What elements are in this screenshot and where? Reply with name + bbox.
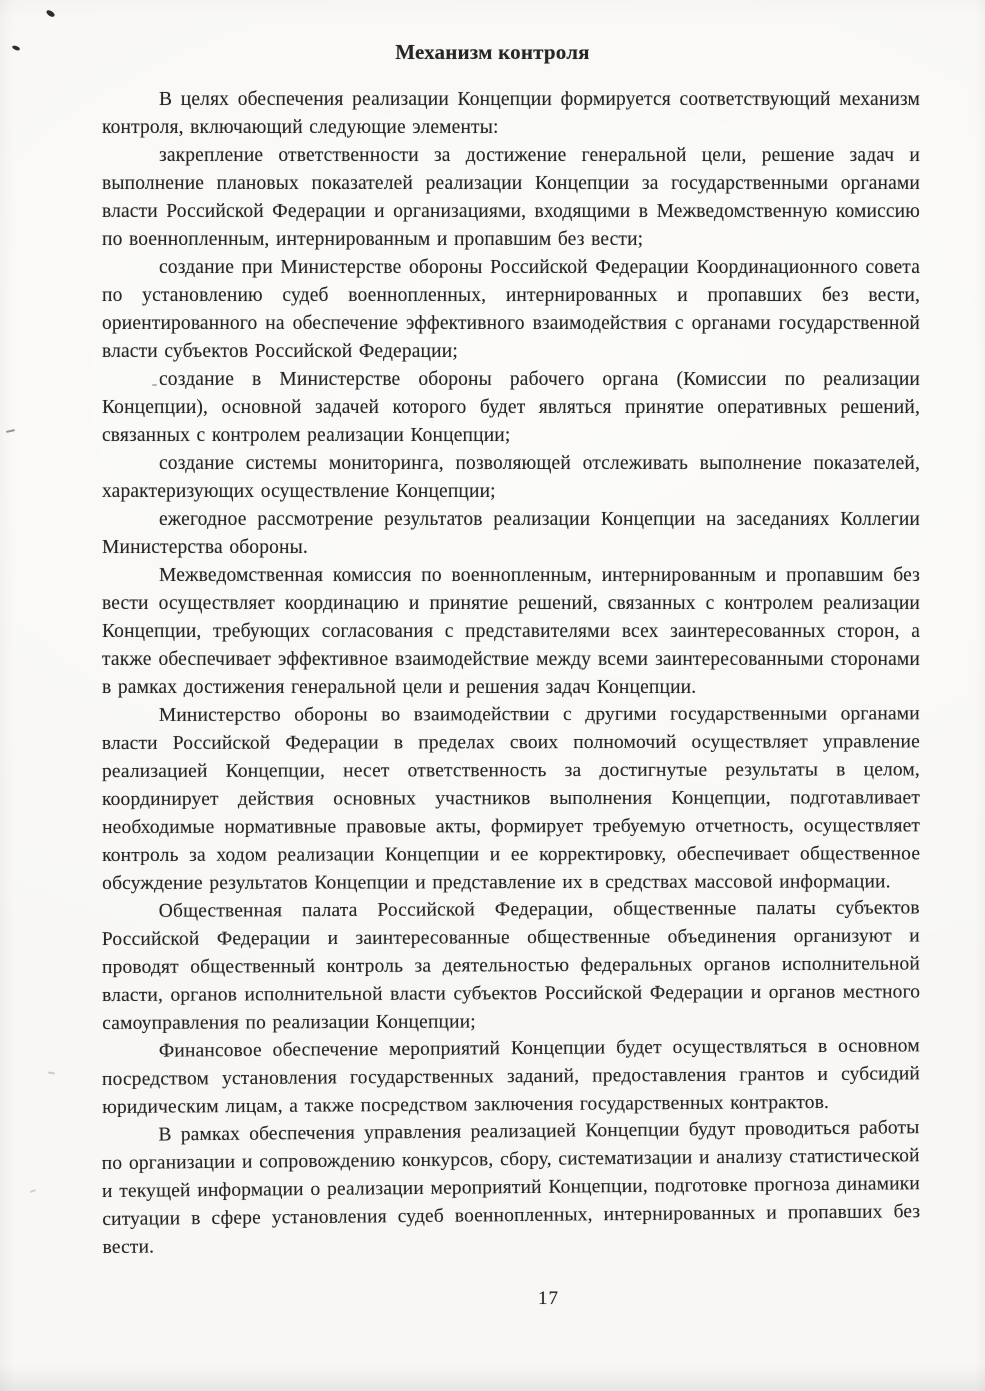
scan-mark [30, 1189, 36, 1193]
document-body: В целях обеспечения реализации Концепции… [102, 86, 920, 1262]
paragraph-item-coordination-council: создание при Министерстве обороны Россий… [102, 254, 920, 366]
paragraph-interagency-commission: Межведомственная комиссия по военнопленн… [102, 562, 920, 702]
paragraph-item-working-body: создание в Министерстве обороны рабочего… [102, 366, 920, 450]
paragraph-public-chamber: Общественная палата Российской Федерации… [102, 894, 921, 1038]
page-title: Механизм контроля [0, 0, 985, 65]
paragraph-item-responsibility: закрепление ответственности за достижени… [102, 142, 920, 254]
paragraph-financing: Финансовое обеспечение мероприятий Конце… [102, 1032, 921, 1122]
paragraph-management-works: В рамках обеспечения управления реализац… [101, 1114, 920, 1262]
scan-mark [48, 1072, 55, 1075]
scan-mark [152, 384, 157, 386]
paragraph-item-monitoring: создание системы мониторинга, позволяюще… [102, 450, 920, 506]
paragraph-ministry-of-defense: Министерство обороны во взаимодействии с… [102, 700, 920, 898]
scanned-document-page: Механизм контроля В целях обеспечения ре… [0, 0, 985, 1391]
paragraph-item-annual-review: ежегодное рассмотрение результатов реали… [102, 506, 920, 562]
page-number: 17 [538, 1288, 559, 1310]
scan-mark [6, 429, 15, 433]
paragraph-intro: В целях обеспечения реализации Концепции… [102, 86, 920, 142]
